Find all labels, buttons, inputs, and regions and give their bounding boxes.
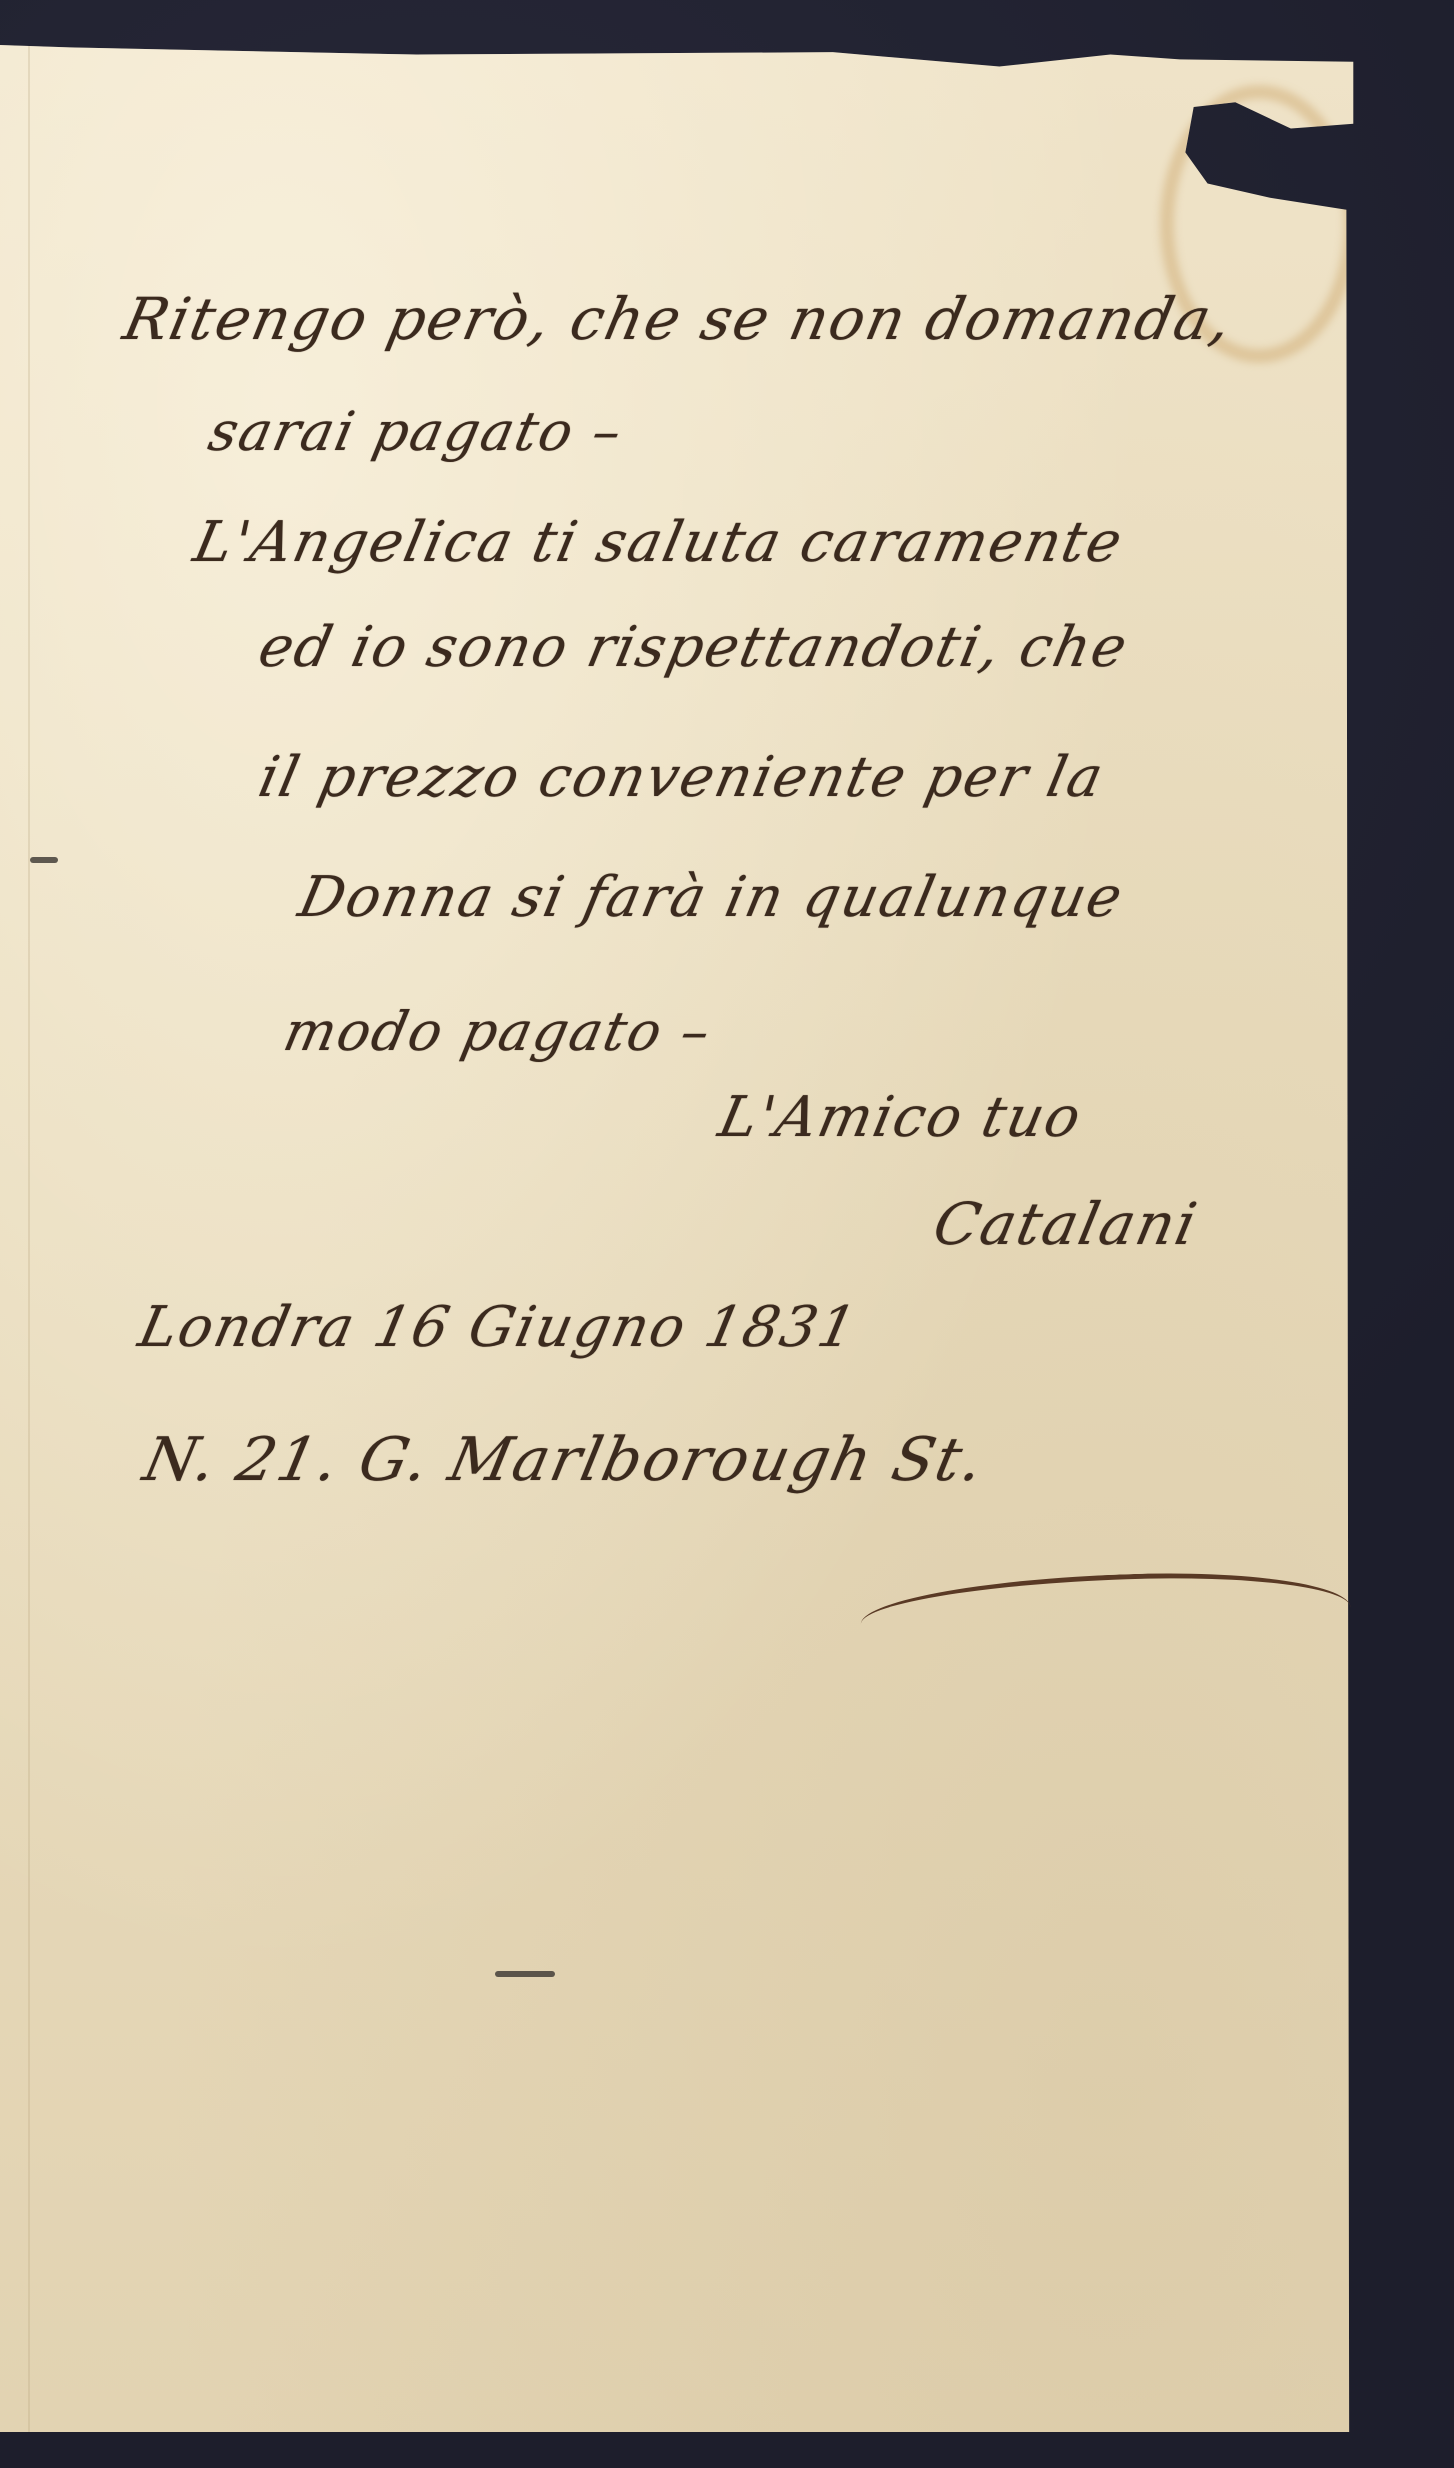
pin-hole-mark [30,857,58,863]
pin-hole-mark [495,1971,555,1977]
letter-line: il prezzo conveniente per la [253,745,1110,810]
letter-line: modo pagato – [278,1000,717,1063]
letter-line: Ritengo però, che se non domanda, [118,285,1239,353]
letter-line: L'Angelica ti saluta caramente [188,510,1129,575]
address: N. 21. G. Marlborough St. [138,1425,992,1495]
fold-line [28,45,30,2432]
letter-line: Donna si farà in qualunque [293,865,1129,930]
letter-line: sarai pagato – [203,400,629,463]
letter-line: ed io sono rispettandoti, che [253,615,1134,680]
signature: Catalani [928,1190,1204,1258]
place-date: Londra 16 Giugno 1831 [133,1295,863,1360]
closing-salutation: L'Amico tuo [713,1085,1088,1150]
